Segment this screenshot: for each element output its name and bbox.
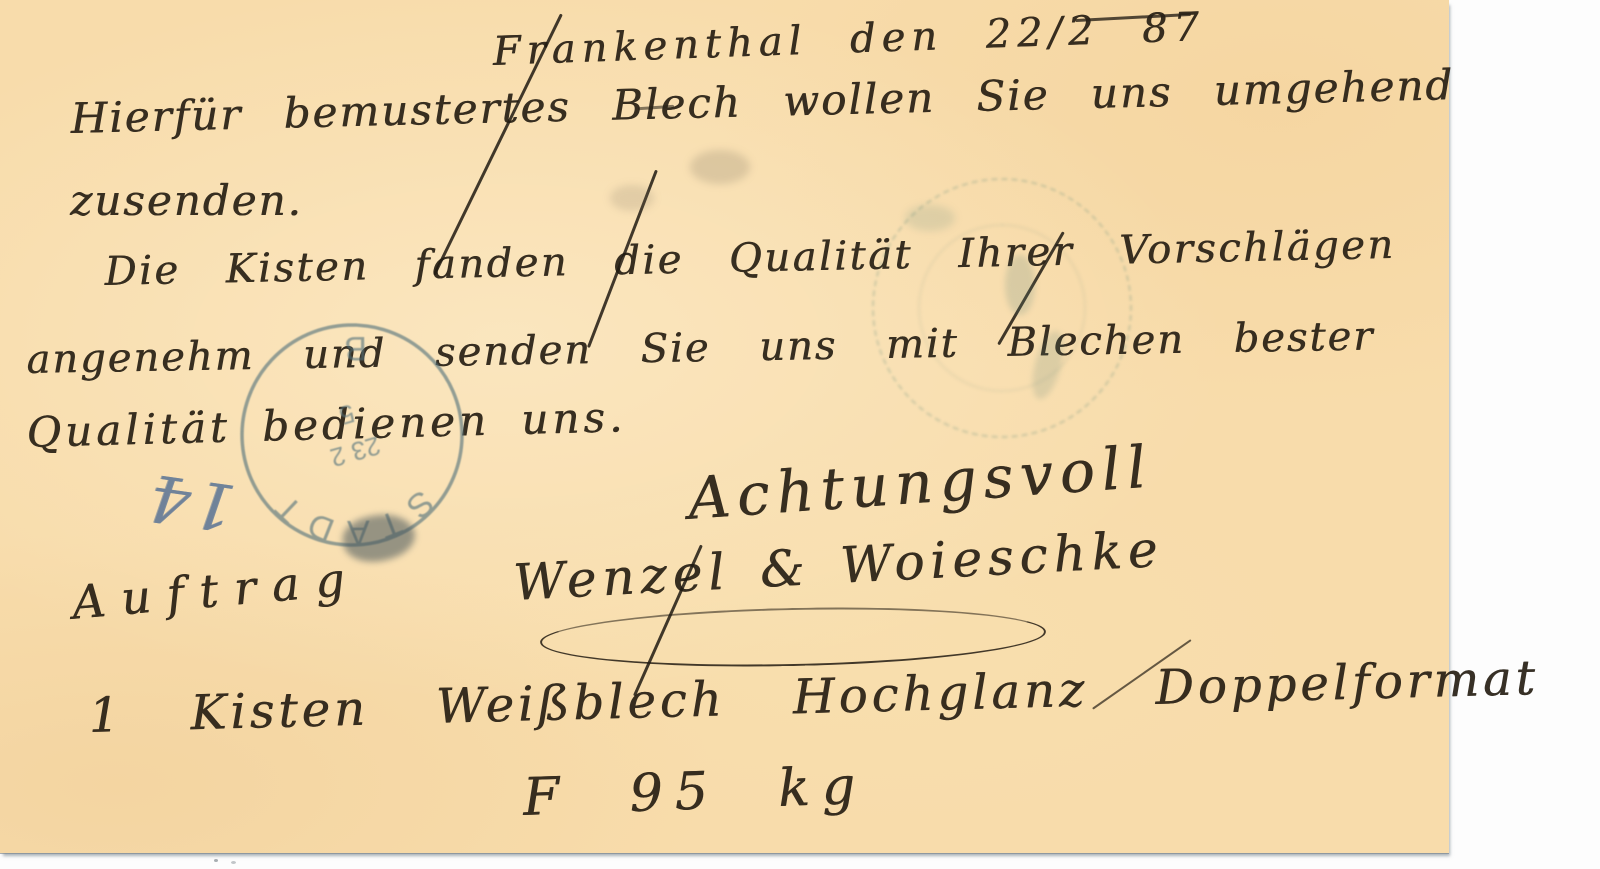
postmark-top-letter: B [335, 328, 368, 368]
handwriting-order-label: Auftrag [70, 555, 362, 626]
ghost-ink-speck [1005, 255, 1035, 315]
dust-speck [214, 859, 218, 862]
postmark-date: 23 2 [327, 430, 384, 473]
postmark-time: 5 [336, 398, 358, 431]
signature-flourish-ellipse [539, 603, 1046, 672]
postmark-stamp: STADT B 23 2 5 [228, 311, 476, 559]
dust-speck [231, 861, 236, 864]
handwriting-line-4: Die Kisten fanden die Qualität Ihrer Vor… [104, 225, 1396, 292]
graphite-smudge [610, 185, 654, 211]
handwriting-line-3: zusenden. [70, 180, 303, 222]
handwriting-line-2: Hierfür bemustertes Blech wollen Sie uns… [70, 64, 1455, 140]
handwriting-signature: Wenzel & Woieschke [512, 524, 1164, 608]
handwriting-weight-line: F 95 kg [522, 760, 868, 824]
blue-control-number: 14 [141, 458, 240, 544]
graphite-smudge [690, 150, 750, 184]
scanner-background: Frankenthal den 22/2 87 Hierfür bemuster… [0, 0, 1600, 869]
ghost-ink-speck [905, 205, 955, 231]
handwriting-order-line: 1 Kisten Weißblech Hochglanz Doppelforma… [88, 654, 1539, 740]
handwriting-closing: Achtungsvoll [686, 438, 1154, 528]
postcard: Frankenthal den 22/2 87 Hierfür bemuster… [0, 0, 1449, 853]
